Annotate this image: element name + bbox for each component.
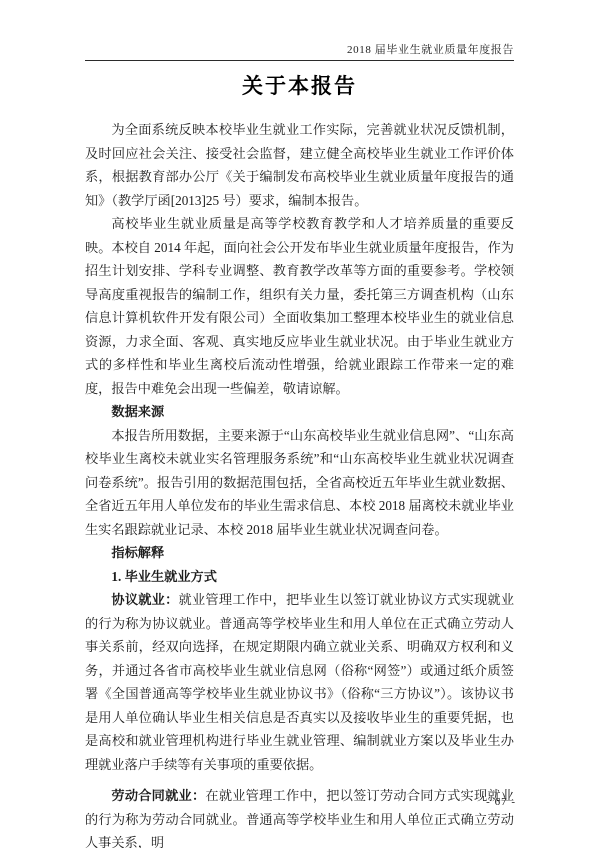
term-labor-contract-employment: 劳动合同就业： bbox=[111, 788, 205, 803]
running-header-title: 2018 届毕业生就业质量年度报告 bbox=[85, 44, 514, 57]
document-body: 为全面系统反映本校毕业生就业工作实际，完善就业状况反馈机制，及时回应社会关注、接… bbox=[85, 118, 514, 848]
page-header: 2018 届毕业生就业质量年度报告 bbox=[85, 44, 514, 61]
document-page: 2018 届毕业生就业质量年度报告 关于本报告 为全面系统反映本校毕业生就业工作… bbox=[0, 0, 600, 848]
paragraph-report-background: 高校毕业生就业质量是高等学校教育教学和人才培养质量的重要反映。本校自 2014 … bbox=[85, 212, 514, 400]
section-heading-indicator-explanation: 指标解释 bbox=[85, 541, 514, 565]
page-number: - 67 - bbox=[486, 796, 516, 808]
term-agreement-employment-definition: 就业管理工作中，把毕业生以签订就业协议方式实现就业的行为称为协议就业。普通高等学… bbox=[85, 592, 514, 772]
term-agreement-employment: 协议就业： bbox=[111, 592, 178, 607]
paragraph-report-basis: 为全面系统反映本校毕业生就业工作实际，完善就业状况反馈机制，及时回应社会关注、接… bbox=[85, 118, 514, 212]
paragraph-data-source: 本报告所用数据，主要来源于“山东高校毕业生就业信息网”、“山东高校毕业生离校未就… bbox=[85, 424, 514, 542]
paragraph-labor-contract-employment: 劳动合同就业：在就业管理工作中，把以签订劳动合同方式实现就业的行为称为劳动合同就… bbox=[85, 784, 514, 848]
paragraph-agreement-employment: 协议就业：就业管理工作中，把毕业生以签订就业协议方式实现就业的行为称为协议就业。… bbox=[85, 588, 514, 776]
header-rule bbox=[85, 60, 514, 61]
document-title: 关于本报告 bbox=[85, 74, 514, 100]
subsection-heading-employment-type: 1. 毕业生就业方式 bbox=[85, 565, 514, 589]
section-heading-data-source: 数据来源 bbox=[85, 400, 514, 424]
